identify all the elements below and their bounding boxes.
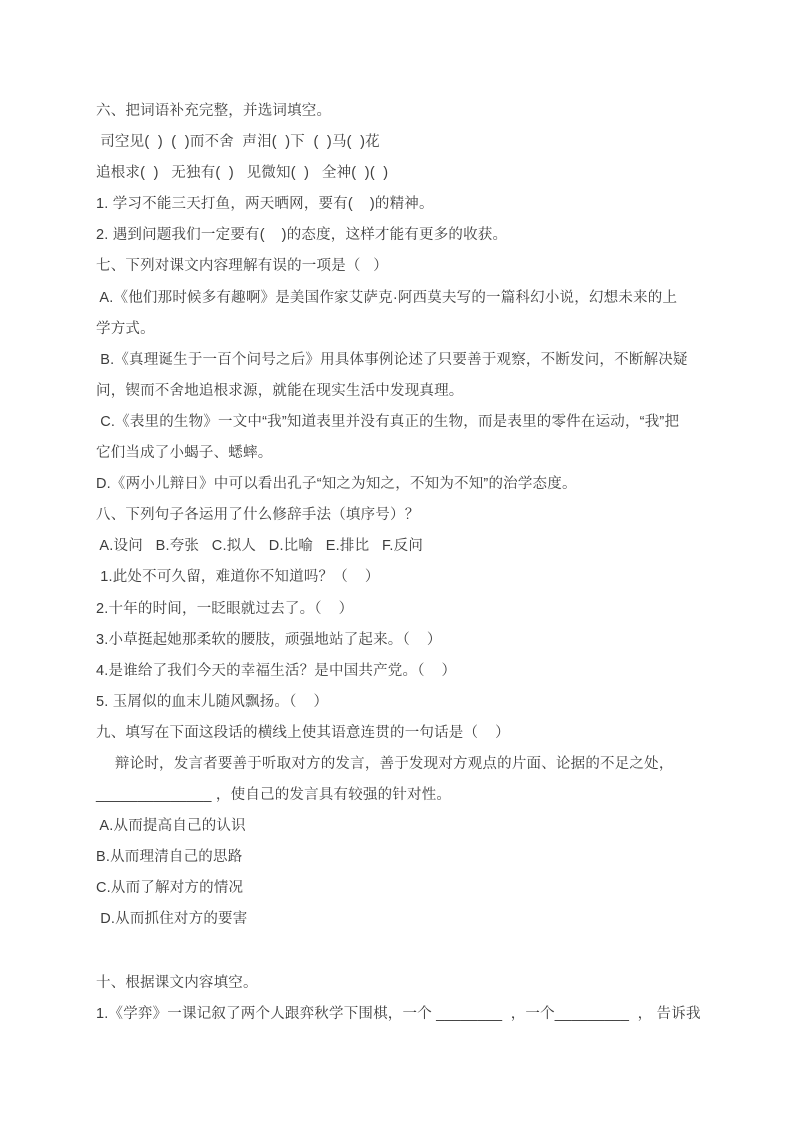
q7-heading: 七、下列对课文内容理解有误的一项是（ ） bbox=[96, 251, 733, 282]
q9-option-c: C.从而了解对方的情况 bbox=[96, 873, 733, 904]
q7-option-c-line2: 它们当成了小蝎子、蟋蟀。 bbox=[96, 438, 733, 469]
q7-option-c-line1: C.《表里的生物》一文中“我”知道表里并没有真正的生物，而是表里的零件在运动，“… bbox=[96, 407, 733, 438]
q7-option-b-line1: B.《真理诞生于一百个问号之后》用具体事例论述了只要善于观察，不断发问，不断解决… bbox=[96, 345, 733, 376]
q8-item-2: 2.十年的时间，一眨眼就过去了。（ ） bbox=[96, 594, 733, 625]
q8-item-3: 3.小草挺起她那柔软的腰肢，顽强地站了起来。（ ） bbox=[96, 625, 733, 656]
q6-heading: 六、把词语补充完整，并选词填空。 bbox=[96, 96, 733, 127]
q9-passage-line1: 辩论时，发言者要善于听取对方的发言，善于发现对方观点的片面、论据的不足之处， bbox=[96, 749, 733, 780]
q9-option-b: B.从而理清自己的思路 bbox=[96, 842, 733, 873]
q7-option-b-line2: 问，锲而不舍地追根求源，就能在现实生活中发现真理。 bbox=[96, 376, 733, 407]
q8-item-5: 5. 玉屑似的血末儿随风飘扬。（ ） bbox=[96, 687, 733, 718]
q9-option-d: D.从而抓住对方的要害 bbox=[96, 904, 733, 935]
q9-option-a: A.从而提高自己的认识 bbox=[96, 811, 733, 842]
q6-idiom-row-1: 司空见( ) ( )而不舍 声泪( )下 ( )马( )花 bbox=[96, 127, 733, 158]
q6-item-2: 2. 遇到问题我们一定要有( )的态度，这样才能有更多的收获。 bbox=[96, 220, 733, 251]
q7-option-d: D.《两小儿辩日》中可以看出孔子“知之为知之，不知为不知”的治学态度。 bbox=[96, 469, 733, 500]
q6-item-1: 1. 学习不能三天打鱼，两天晒网，要有( )的精神。 bbox=[96, 189, 733, 220]
q8-heading: 八、下列句子各运用了什么修辞手法（填序号）？ bbox=[96, 500, 733, 531]
worksheet-page: 六、把词语补充完整，并选词填空。 司空见( ) ( )而不舍 声泪( )下 ( … bbox=[0, 0, 793, 1122]
q9-passage-line2: ______________ ，使自己的发言具有较强的针对性。 bbox=[96, 780, 733, 811]
q7-option-a-line1: A.《他们那时候多有趣啊》是美国作家艾萨克·阿西莫夫写的一篇科幻小说，幻想未来的… bbox=[96, 283, 733, 314]
q6-idiom-row-2: 追根求( ) 无独有( ) 见微知( ) 全神( )( ) bbox=[96, 158, 733, 189]
q8-item-1: 1.此处不可久留，难道你不知道吗？（ ） bbox=[96, 562, 733, 593]
q10-heading: 十、根据课文内容填空。 bbox=[96, 968, 733, 999]
q10-item-1: 1.《学弈》一课记叙了两个人跟弈秋学下围棋，一个 ________ ，一个___… bbox=[96, 999, 733, 1030]
q8-item-4: 4.是谁给了我们今天的幸福生活？是中国共产党。（ ） bbox=[96, 656, 733, 687]
q7-option-a-line2: 学方式。 bbox=[96, 314, 733, 345]
q9-heading: 九、填写在下面这段话的横线上使其语意连贯的一句话是（ ） bbox=[96, 718, 733, 749]
q8-choices: A.设问 B.夸张 C.拟人 D.比喻 E.排比 F.反问 bbox=[96, 531, 733, 562]
blank-line bbox=[96, 936, 733, 968]
